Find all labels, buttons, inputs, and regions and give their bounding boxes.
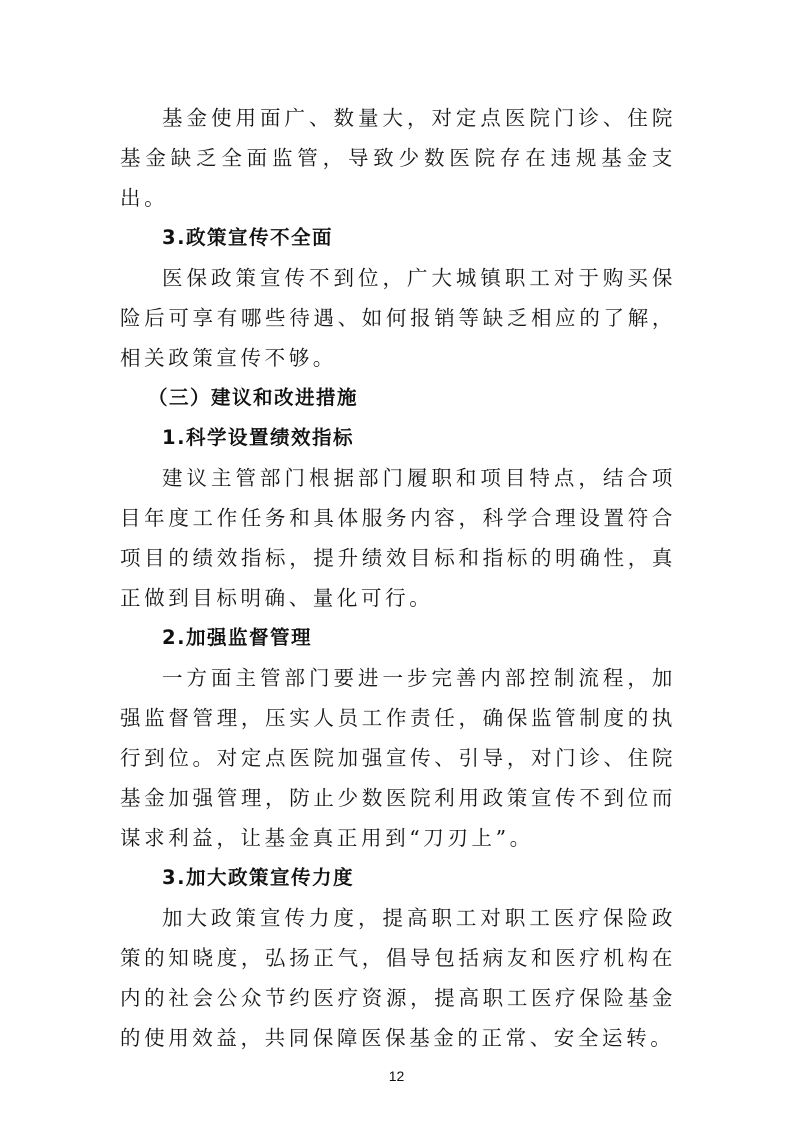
page-body: 基金使用面广、数量大，对定点医院门诊、住院基金缺乏全面监管，导致少数医院存在违规… (120, 98, 676, 1058)
heading-increase-publicity: 3.加大政策宣传力度 (120, 858, 676, 898)
paragraph-strengthen-supervision: 一方面主管部门要进一步完善内部控制流程，加强监督管理，压实人员工作责任，确保监管… (120, 658, 676, 858)
heading-policy-publicity-incomplete: 3.政策宣传不全面 (120, 218, 676, 258)
page-number: 12 (0, 1068, 793, 1084)
paragraph-policy-publicity: 医保政策宣传不到位，广大城镇职工对于购买保险后可享有哪些待遇、如何报销等缺乏相应… (120, 258, 676, 378)
document-page: 基金使用面广、数量大，对定点医院门诊、住院基金缺乏全面监管，导致少数医院存在违规… (0, 0, 793, 1122)
section-heading-suggestions: （三）建议和改进措施 (120, 378, 676, 418)
paragraph-fund-supervision: 基金使用面广、数量大，对定点医院门诊、住院基金缺乏全面监管，导致少数医院存在违规… (120, 98, 676, 218)
paragraph-increase-publicity: 加大政策宣传力度，提高职工对职工医疗保险政策的知晓度，弘扬正气，倡导包括病友和医… (120, 898, 676, 1058)
heading-strengthen-supervision: 2.加强监督管理 (120, 618, 676, 658)
heading-performance-indicators: 1.科学设置绩效指标 (120, 418, 676, 458)
paragraph-performance-indicators: 建议主管部门根据部门履职和项目特点，结合项目年度工作任务和具体服务内容，科学合理… (120, 458, 676, 618)
